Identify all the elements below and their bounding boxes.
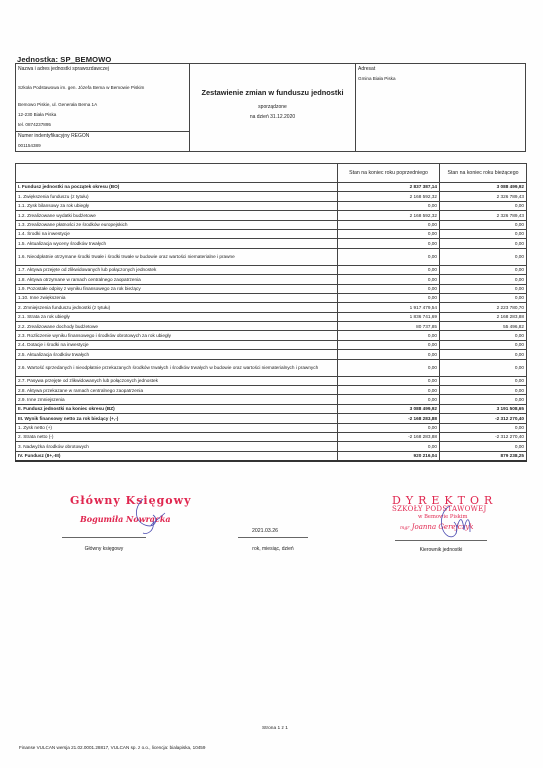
row-value-prev: 0,00 — [338, 340, 440, 349]
accountant-caption: Główny księgowy — [62, 546, 146, 552]
row-value-prev: -2 168 283,88 — [338, 432, 440, 441]
row-value-prev: 0,00 — [338, 239, 440, 248]
table-row: IV. Fundusz (II+,-III)920 216,04879 238,… — [16, 451, 527, 460]
software-footer: Finanse VULCAN wersja 21.02.0001.28817, … — [19, 745, 205, 750]
table-row: 1.4. Środki na inwestycje0,000,00 — [16, 229, 527, 238]
row-value-prev: 0,00 — [338, 248, 440, 265]
row-value-curr: 0,00 — [440, 331, 527, 340]
row-label: 2.7. Pasywa przejęte od zlikwidowanych l… — [16, 376, 338, 385]
row-value-prev: 0,00 — [338, 275, 440, 284]
row-value-prev: 0,00 — [338, 331, 440, 340]
row-label: 2.5. Aktualizacja środków trwałych — [16, 350, 338, 359]
row-label: 2.8. Aktywa przekazane w ramach centraln… — [16, 386, 338, 395]
recipient-label: Adresat — [358, 66, 375, 72]
table-row: 1.9. Pozostałe odpisy z wyniku finansowe… — [16, 284, 527, 293]
date-caption: rok, miesiąc, dzień — [228, 546, 318, 552]
row-value-prev: 0,00 — [338, 423, 440, 432]
phone: tel. 0874237895 — [18, 122, 51, 127]
report-date: na dzień 31.12.2020 — [190, 114, 355, 120]
table-row: 3. Nadwyżka środków obrotowych0,000,00 — [16, 442, 527, 451]
row-value-prev: 3 088 499,92 — [338, 404, 440, 413]
accountant-signature-line — [62, 537, 146, 538]
row-label: 1.1. Zysk bilansowy za rok ubiegły — [16, 201, 338, 210]
table-row: 2.1. Strata za rok ubiegły1 836 741,692 … — [16, 312, 527, 321]
table-row: 1.8. Aktywa otrzymane w ramach centralne… — [16, 275, 527, 284]
row-value-prev: 0,00 — [338, 386, 440, 395]
row-label: 1.6. Nieodpłatnie otrzymane środki trwał… — [16, 248, 338, 265]
row-value-curr: 2 326 789,43 — [440, 192, 527, 201]
table-row: 1. Zwiększenia funduszu (z tytułu)2 168 … — [16, 192, 527, 201]
recipient-value: Gmina Biała Piska — [358, 76, 396, 81]
row-value-curr: 879 238,25 — [440, 451, 527, 460]
doc-title-cell: Zestawienie zmian w funduszu jednostki s… — [190, 64, 356, 151]
page-number: Strona 1 z 1 — [262, 726, 288, 731]
row-label: 2. Strata netto (-) — [16, 432, 338, 441]
row-label: 3. Nadwyżka środków obrotowych — [16, 442, 338, 451]
table-row: 2.6. Wartość sprzedanych i nieodpłatnie … — [16, 359, 527, 376]
unit-name: Szkoła Podstawowa im. gen. Józefa Bema w… — [18, 85, 144, 90]
table-row: III. Wynik finansowy netto za rok bieżąc… — [16, 414, 527, 423]
row-value-curr: 0,00 — [440, 265, 527, 274]
row-value-curr: 0,00 — [440, 220, 527, 229]
row-label: 1.3. Zrealizowane płatności ze środków e… — [16, 220, 338, 229]
unit-label: Nazwa i adres jednostki sprawozdawczej — [18, 66, 109, 72]
row-value-prev: 0,00 — [338, 293, 440, 302]
row-label: 1.4. Środki na inwestycje — [16, 229, 338, 238]
table-row: 1.10. Inne zwiększenia0,000,00 — [16, 293, 527, 302]
row-label: 2.3. Rozliczenie wyniku finansowego i śr… — [16, 331, 338, 340]
row-label: IV. Fundusz (II+,-III) — [16, 451, 338, 460]
row-label: 1.2. Zrealizowane wydatki budżetowe — [16, 211, 338, 220]
row-value-curr: -2 312 270,40 — [440, 432, 527, 441]
row-value-prev: 0,00 — [338, 220, 440, 229]
table-row: 2.2. Zrealizowane dochody budżetowe80 73… — [16, 322, 527, 331]
row-value-prev: 0,00 — [338, 284, 440, 293]
row-label: 1.10. Inne zwiększenia — [16, 293, 338, 302]
row-value-prev: 0,00 — [338, 442, 440, 451]
row-label: II. Fundusz jednostki na koniec okresu (… — [16, 404, 338, 413]
table-row: 2. Zmniejszenia funduszu jednostki (z ty… — [16, 303, 527, 312]
table-row: 2.9. Inne zmniejszenia0,000,00 — [16, 395, 527, 404]
table-row: 1.6. Nieodpłatnie otrzymane środki trwał… — [16, 248, 527, 265]
address-line2: 12-230 Biała Piska — [18, 112, 56, 117]
table-row: 1.2. Zrealizowane wydatki budżetowe2 168… — [16, 211, 527, 220]
row-label: 2.6. Wartość sprzedanych i nieodpłatnie … — [16, 359, 338, 376]
table-row: 2.5. Aktualizacja środków trwałych0,000,… — [16, 350, 527, 359]
recipient-cell: Adresat Gmina Biała Piska — [356, 64, 525, 151]
table-row: 1.3. Zrealizowane płatności ze środków e… — [16, 220, 527, 229]
regon-label: Numer indentyfikacyjny REGON — [18, 133, 89, 139]
director-stamp-prefix: mgr — [400, 526, 410, 531]
regon-value: 001154389 — [18, 143, 41, 148]
row-value-curr: 3 088 499,92 — [440, 183, 527, 192]
table-row: 2.8. Aktywa przekazane w ramach centraln… — [16, 386, 527, 395]
row-value-curr: 2 168 283,88 — [440, 312, 527, 321]
table-header-row: Stan na koniec roku poprzedniego Stan na… — [16, 164, 527, 183]
row-label: I. Fundusz jednostki na początek okresu … — [16, 183, 338, 192]
accountant-signature-icon — [125, 495, 175, 540]
row-value-curr: 3 191 508,65 — [440, 404, 527, 413]
prepared-label: sporządzone — [190, 104, 355, 110]
row-value-prev: 0,00 — [338, 350, 440, 359]
row-value-prev: 80 737,85 — [338, 322, 440, 331]
row-value-curr: 0,00 — [440, 395, 527, 404]
row-value-curr: 0,00 — [440, 239, 527, 248]
table-row: 2.4. Dotacje i środki na inwestycje0,000… — [16, 340, 527, 349]
row-value-curr: 0,00 — [440, 376, 527, 385]
row-value-curr: 0,00 — [440, 350, 527, 359]
row-label: 2.4. Dotacje i środki na inwestycje — [16, 340, 338, 349]
row-value-curr: 0,00 — [440, 229, 527, 238]
row-value-curr: 0,00 — [440, 275, 527, 284]
table-row: II. Fundusz jednostki na koniec okresu (… — [16, 404, 527, 413]
row-value-curr: 2 326 789,43 — [440, 211, 527, 220]
row-label: 1. Zysk netto (+) — [16, 423, 338, 432]
row-value-prev: 2 168 592,32 — [338, 192, 440, 201]
row-label: 1. Zwiększenia funduszu (z tytułu) — [16, 192, 338, 201]
row-value-prev: 0,00 — [338, 265, 440, 274]
table-row: 1.5. Aktualizacja wyceny środków trwałyc… — [16, 239, 527, 248]
table-row: I. Fundusz jednostki na początek okresu … — [16, 183, 527, 192]
row-value-curr: 0,00 — [440, 248, 527, 265]
row-value-curr: 55 496,82 — [440, 322, 527, 331]
row-value-prev: 0,00 — [338, 376, 440, 385]
director-caption: Kierownik jednostki — [395, 547, 487, 553]
row-label: 2. Zmniejszenia funduszu jednostki (z ty… — [16, 303, 338, 312]
row-label: 1.9. Pozostałe odpisy z wyniku finansowe… — [16, 284, 338, 293]
row-label: 2.1. Strata za rok ubiegły — [16, 312, 338, 321]
table-row: 1.7. Aktywa przejęte od zlikwidowanych l… — [16, 265, 527, 274]
column-header-label — [16, 164, 338, 183]
row-value-curr: -2 312 270,40 — [440, 414, 527, 423]
row-value-prev: 0,00 — [338, 201, 440, 210]
row-value-prev: 0,00 — [338, 229, 440, 238]
row-value-prev: 1 917 479,54 — [338, 303, 440, 312]
row-value-curr: 0,00 — [440, 386, 527, 395]
row-label: 2.9. Inne zmniejszenia — [16, 395, 338, 404]
row-value-prev: -2 168 283,88 — [338, 414, 440, 423]
row-value-prev: 0,00 — [338, 359, 440, 376]
director-signature-icon — [430, 500, 480, 545]
row-value-curr: 0,00 — [440, 442, 527, 451]
row-value-curr: 0,00 — [440, 201, 527, 210]
unit-address-block: Nazwa i adres jednostki sprawozdawczej S… — [16, 64, 189, 132]
row-value-prev: 0,00 — [338, 395, 440, 404]
row-label: 1.7. Aktywa przejęte od zlikwidowanych l… — [16, 265, 338, 274]
row-label: 1.8. Aktywa otrzymane w ramach centralne… — [16, 275, 338, 284]
date-line — [238, 537, 308, 538]
signature-date: 2021.03.26 — [252, 528, 278, 534]
unit-info-cell: Nazwa i adres jednostki sprawozdawczej S… — [16, 64, 190, 151]
row-label: 2.2. Zrealizowane dochody budżetowe — [16, 322, 338, 331]
row-value-curr: 0,00 — [440, 284, 527, 293]
table-row: 2.7. Pasywa przejęte od zlikwidowanych l… — [16, 376, 527, 385]
table-row: 2.3. Rozliczenie wyniku finansowego i śr… — [16, 331, 527, 340]
row-value-prev: 1 836 741,69 — [338, 312, 440, 321]
row-value-prev: 920 216,04 — [338, 451, 440, 460]
row-value-curr: 2 223 780,70 — [440, 303, 527, 312]
row-value-prev: 2 837 387,14 — [338, 183, 440, 192]
column-header-curr: Stan na koniec roku bieżącego — [440, 164, 527, 183]
table-row: 2. Strata netto (-)-2 168 283,88-2 312 2… — [16, 432, 527, 441]
row-value-curr: 0,00 — [440, 359, 527, 376]
table-row: 1.1. Zysk bilansowy za rok ubiegły0,000,… — [16, 201, 527, 210]
table-row: 1. Zysk netto (+)0,000,00 — [16, 423, 527, 432]
fund-changes-table: Stan na koniec roku poprzedniego Stan na… — [15, 163, 527, 462]
row-label: 1.5. Aktualizacja wyceny środków trwałyc… — [16, 239, 338, 248]
row-value-curr: 0,00 — [440, 340, 527, 349]
doc-title: Zestawienie zmian w funduszu jednostki — [190, 88, 355, 97]
row-value-curr: 0,00 — [440, 423, 527, 432]
row-label: III. Wynik finansowy netto za rok bieżąc… — [16, 414, 338, 423]
director-signature-line — [395, 540, 487, 541]
column-header-prev: Stan na koniec roku poprzedniego — [338, 164, 440, 183]
row-value-prev: 2 168 592,32 — [338, 211, 440, 220]
address-line1: Bemowo Piskie, ul. Generała Bema 1A — [18, 102, 97, 107]
row-value-curr: 0,00 — [440, 293, 527, 302]
report-header-box: Nazwa i adres jednostki sprawozdawczej S… — [15, 63, 526, 152]
